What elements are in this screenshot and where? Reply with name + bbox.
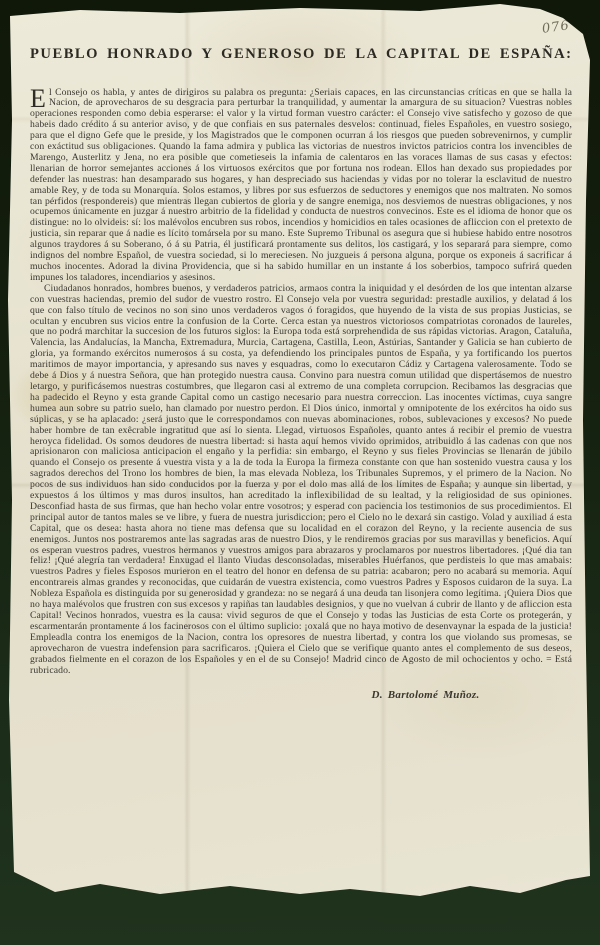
paragraph-1-text: l Consejo os habla, y antes de dirigiros… <box>30 87 572 283</box>
document-title: PUEBLO HONRADO Y GENEROSO DE LA CAPITAL … <box>30 46 572 64</box>
scan-background: { "colors": { "backdrop": "#17230f", "pa… <box>0 0 600 945</box>
body-paragraph-2: Ciudadanos honrados, hombres buenos, y v… <box>30 284 572 677</box>
proclamation-content: PUEBLO HONRADO Y GENEROSO DE LA CAPITAL … <box>30 0 572 701</box>
document-sheet: 076 PUEBLO HONRADO Y GENEROSO DE LA CAPI… <box>0 0 600 945</box>
document-body: El Consejo os habla, y antes de dirigiro… <box>30 88 572 702</box>
body-paragraph-1: El Consejo os habla, y antes de dirigiro… <box>30 88 572 284</box>
drop-cap-initial: E <box>30 88 49 109</box>
signature: D. Bartolomé Muñoz. <box>371 689 572 701</box>
